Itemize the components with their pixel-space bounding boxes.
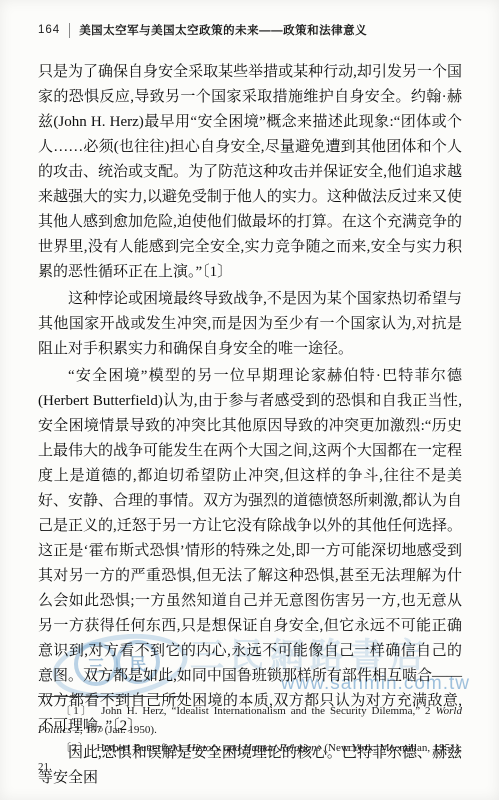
paragraph-security-paradox: 这种悖论或困境最终导致战争,不是因为某个国家热切希望与其他国家开战或发生冲突,而… [38,287,462,362]
running-title: 美国太空军与美国太空政策的未来——政策和法律意义 [79,22,367,38]
footnote-2: 〔2〕Herbert Butterfield, History and Huma… [38,739,462,776]
footnote-2-marker: 〔2〕 [60,742,89,754]
paragraph-continuation: 只是为了确保自身安全采取某些举措或某种行动,却引发另一个国家的恐惧反应,导致另一… [38,60,462,285]
footnote-1-marker: 〔1〕 [60,705,94,717]
footnote-2-book-title: History and Human Relations [187,742,321,754]
footnote-1-text-post: 2, 157 (Jan. 1950). [72,724,157,736]
footnote-2-text-pre: Herbert Butterfield, [96,742,187,754]
paragraph-butterfield: “安全困境”模型的另一位早期理论家赫伯特·巴特菲尔德(Herbert Butte… [38,364,462,739]
footnote-separator [38,696,186,697]
header-divider [69,23,70,38]
body-text: 只是为了确保自身安全采取某些举措或某种行动,却引发另一个国家的恐惧反应,导致另一… [38,60,462,793]
footnote-1: 〔1〕John H. Herz, “Idealist International… [38,702,462,739]
book-page: 164 美国太空军与美国太空政策的未来——政策和法律意义 只是为了确保自身安全采… [0,0,499,800]
footnote-1-text-pre: John H. Herz, “Idealist Internationalism… [101,705,435,717]
page-header: 164 美国太空军与美国太空政策的未来——政策和法律意义 [38,22,469,38]
page-number: 164 [38,24,60,36]
footnotes-section: 〔1〕John H. Herz, “Idealist International… [38,702,462,776]
